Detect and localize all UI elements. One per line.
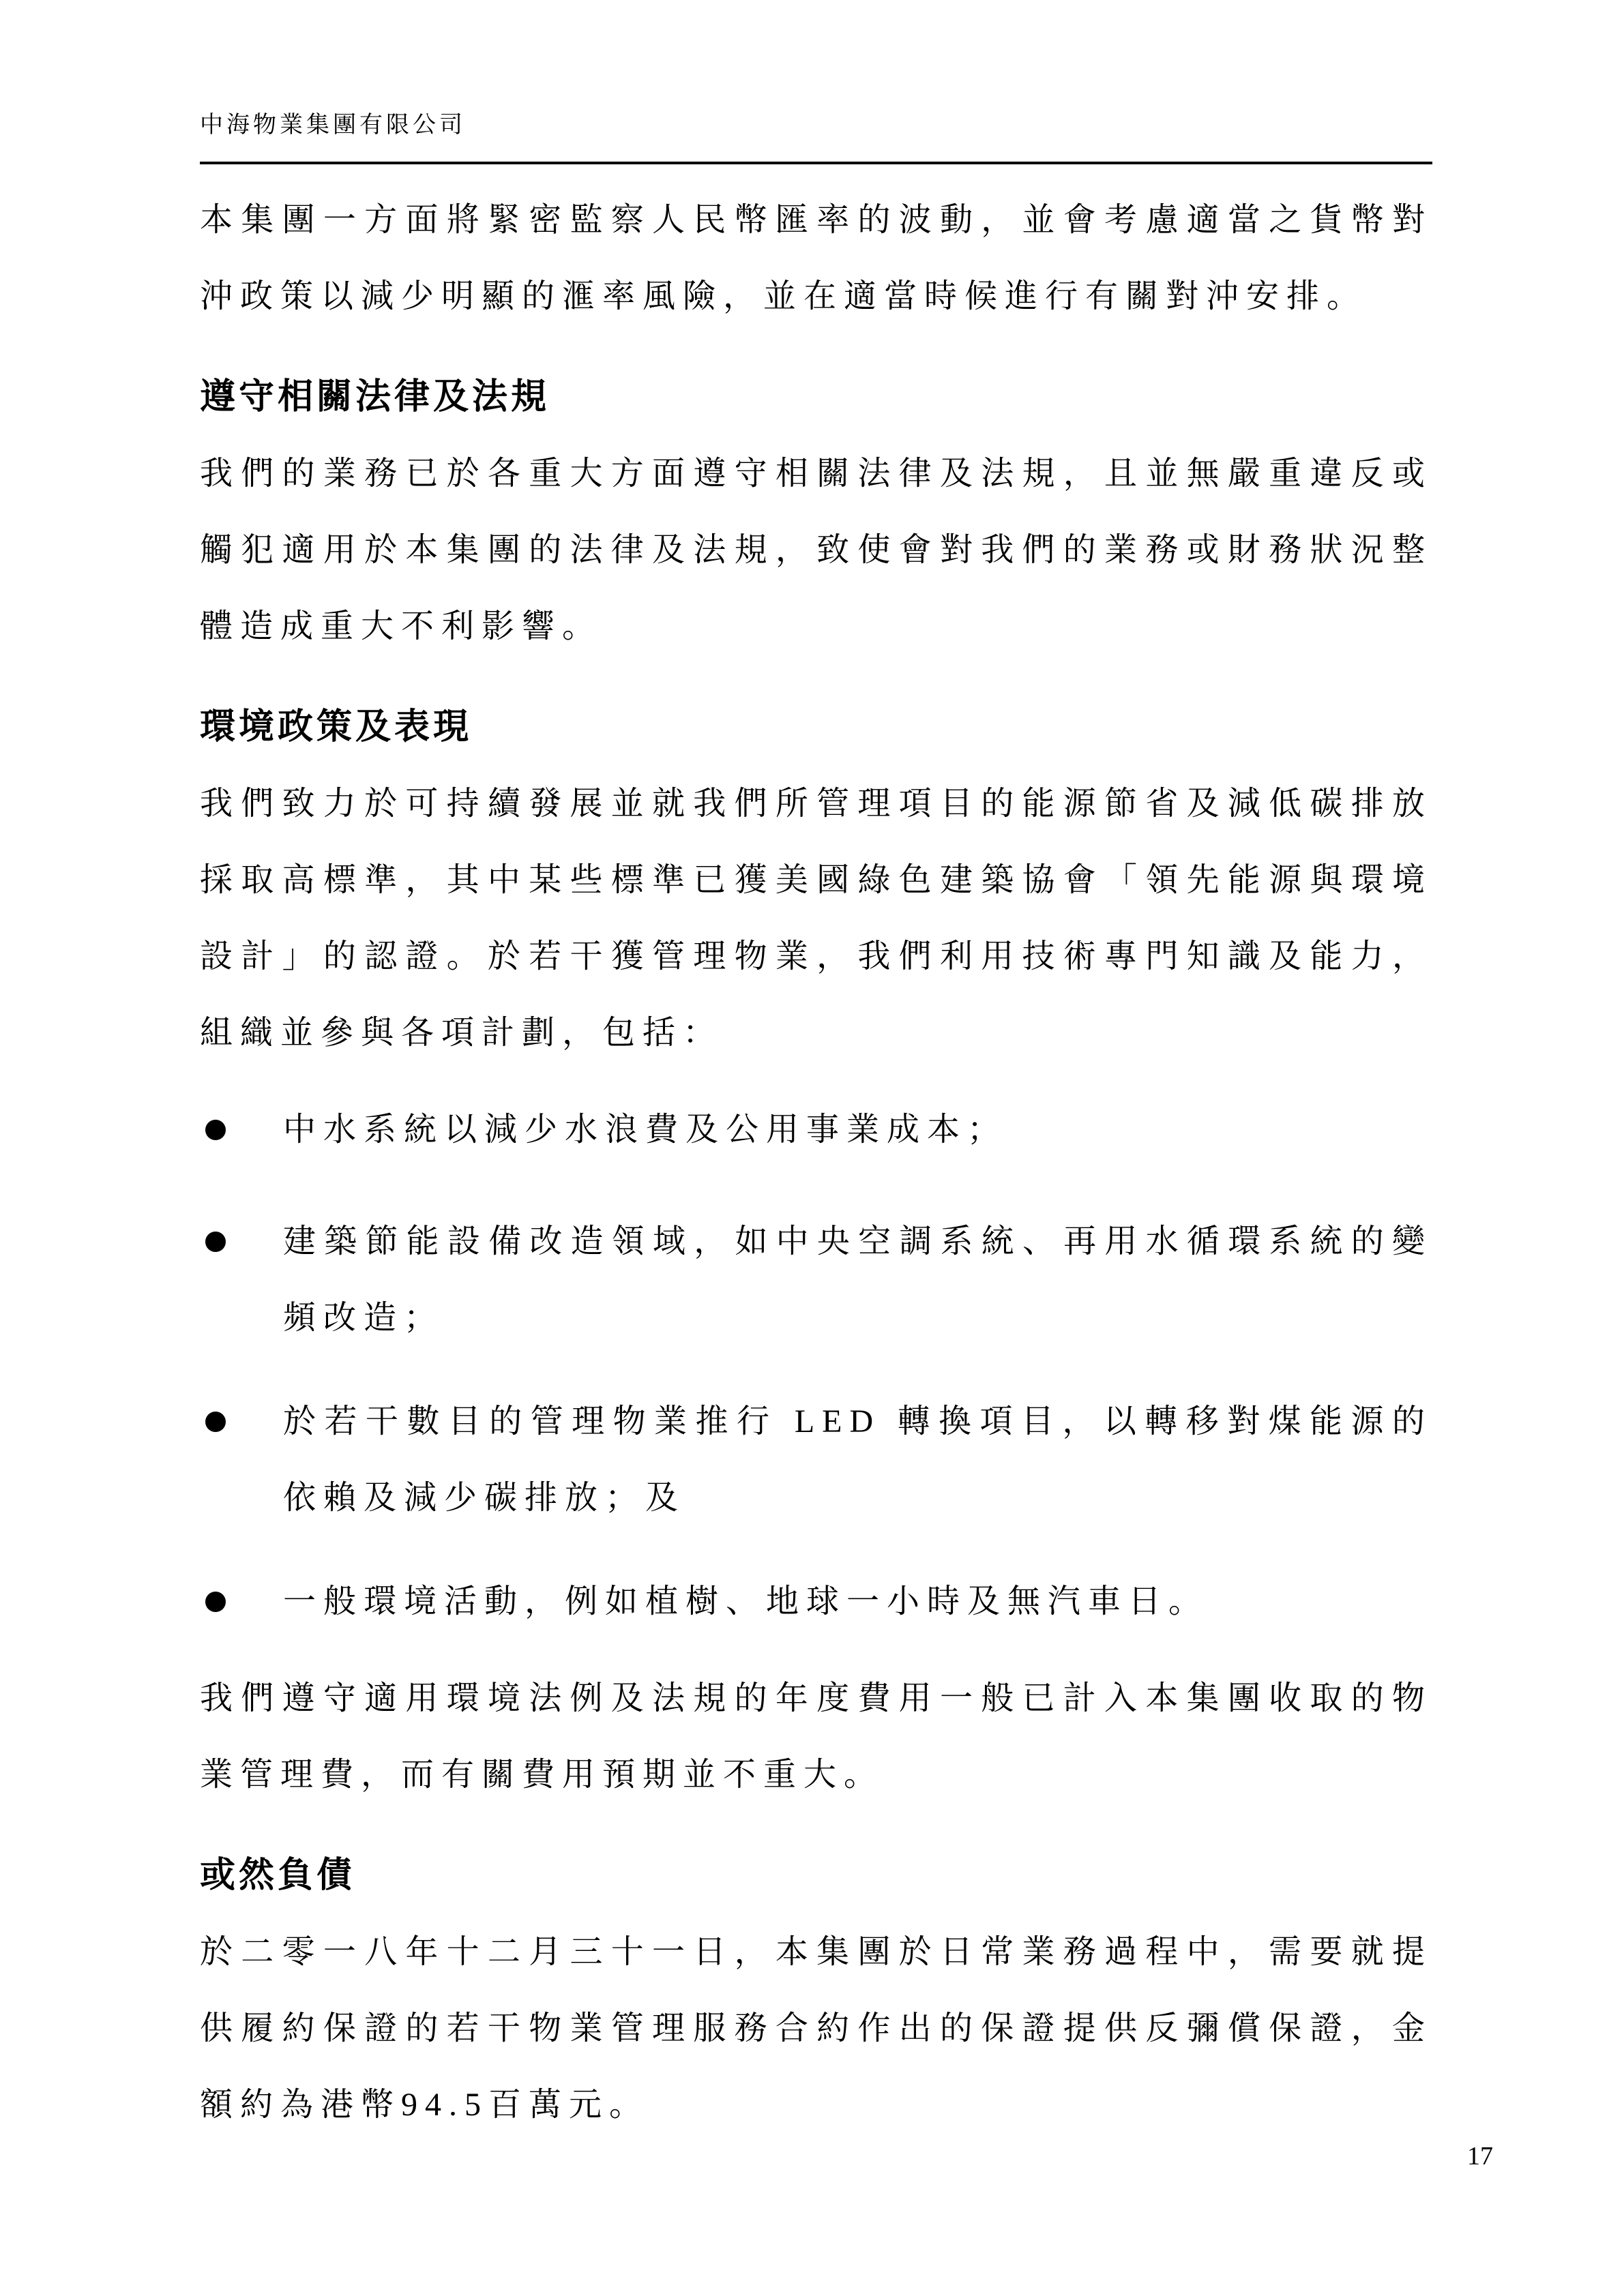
section-legal-compliance: 遵守相關法律及法規 我們的業務已於各重大方面遵守相關法律及法規，且並無嚴重違反或… (200, 359, 1432, 665)
closing-paragraph-environmental-cost: 我們遵守適用環境法例及法規的年度費用一般已計入本集團收取的物業管理費，而有關費用… (200, 1660, 1432, 1813)
list-item: 中水系統以減少水浪費及公用事業成本； (200, 1092, 1432, 1168)
section-paragraph-environmental-policy: 我們致力於可持續發展並就我們所管理項目的能源節省及減低碳排放採取高標準，其中某些… (200, 766, 1432, 1071)
company-name: 中海物業集團有限公司 (200, 108, 1432, 143)
bullet-dot-icon (205, 1592, 226, 1612)
bullet-list: 中水系統以減少水浪費及公用事業成本； 建築節能設備改造領域，如中央空調系統、再用… (200, 1092, 1432, 1640)
list-item: 建築節能設備改造領域，如中央空調系統、再用水循環系統的變頻改造； (200, 1204, 1432, 1356)
bullet-dot-icon (205, 1120, 226, 1140)
section-heading-legal-compliance: 遵守相關法律及法規 (200, 359, 1432, 436)
section-contingent-liabilities: 或然負債 於二零一八年十二月三十一日，本集團於日常業務過程中，需要就提供履約保證… (200, 1838, 1432, 2143)
bullet-text-led-conversion: 於若干數目的管理物業推行 LED 轉換項目，以轉移對煤能源的依賴及減少碳排放；及 (283, 1384, 1432, 1536)
intro-paragraph: 本集團一方面將緊密監察人民幣匯率的波動，並會考慮適當之貨幣對沖政策以減少明顯的滙… (200, 182, 1432, 335)
bullet-dot-icon (205, 1232, 226, 1252)
bullet-text-water-system: 中水系統以減少水浪費及公用事業成本； (283, 1092, 1432, 1168)
section-environmental-policy: 環境政策及表現 我們致力於可持續發展並就我們所管理項目的能源節省及減低碳排放採取… (200, 689, 1432, 1813)
section-paragraph-legal-compliance: 我們的業務已於各重大方面遵守相關法律及法規，且並無嚴重違反或觸犯適用於本集團的法… (200, 436, 1432, 665)
document-page: 中海物業集團有限公司 本集團一方面將緊密監察人民幣匯率的波動，並會考慮適當之貨幣… (0, 0, 1624, 2296)
page-content: 中海物業集團有限公司 本集團一方面將緊密監察人民幣匯率的波動，並會考慮適當之貨幣… (200, 0, 1432, 2143)
bullet-text-general-activities: 一般環境活動，例如植樹、地球一小時及無汽車日。 (283, 1564, 1432, 1640)
section-paragraph-contingent-liabilities: 於二零一八年十二月三十一日，本集團於日常業務過程中，需要就提供履約保證的若干物業… (200, 1914, 1432, 2143)
page-header: 中海物業集團有限公司 (200, 0, 1432, 164)
list-item: 一般環境活動，例如植樹、地球一小時及無汽車日。 (200, 1564, 1432, 1640)
bullet-text-energy-retrofit: 建築節能設備改造領域，如中央空調系統、再用水循環系統的變頻改造； (283, 1204, 1432, 1356)
list-item: 於若干數目的管理物業推行 LED 轉換項目，以轉移對煤能源的依賴及減少碳排放；及 (200, 1384, 1432, 1536)
bullet-dot-icon (205, 1412, 226, 1432)
section-heading-contingent-liabilities: 或然負債 (200, 1838, 1432, 1914)
section-heading-environmental-policy: 環境政策及表現 (200, 689, 1432, 766)
page-number: 17 (1467, 2140, 1493, 2173)
